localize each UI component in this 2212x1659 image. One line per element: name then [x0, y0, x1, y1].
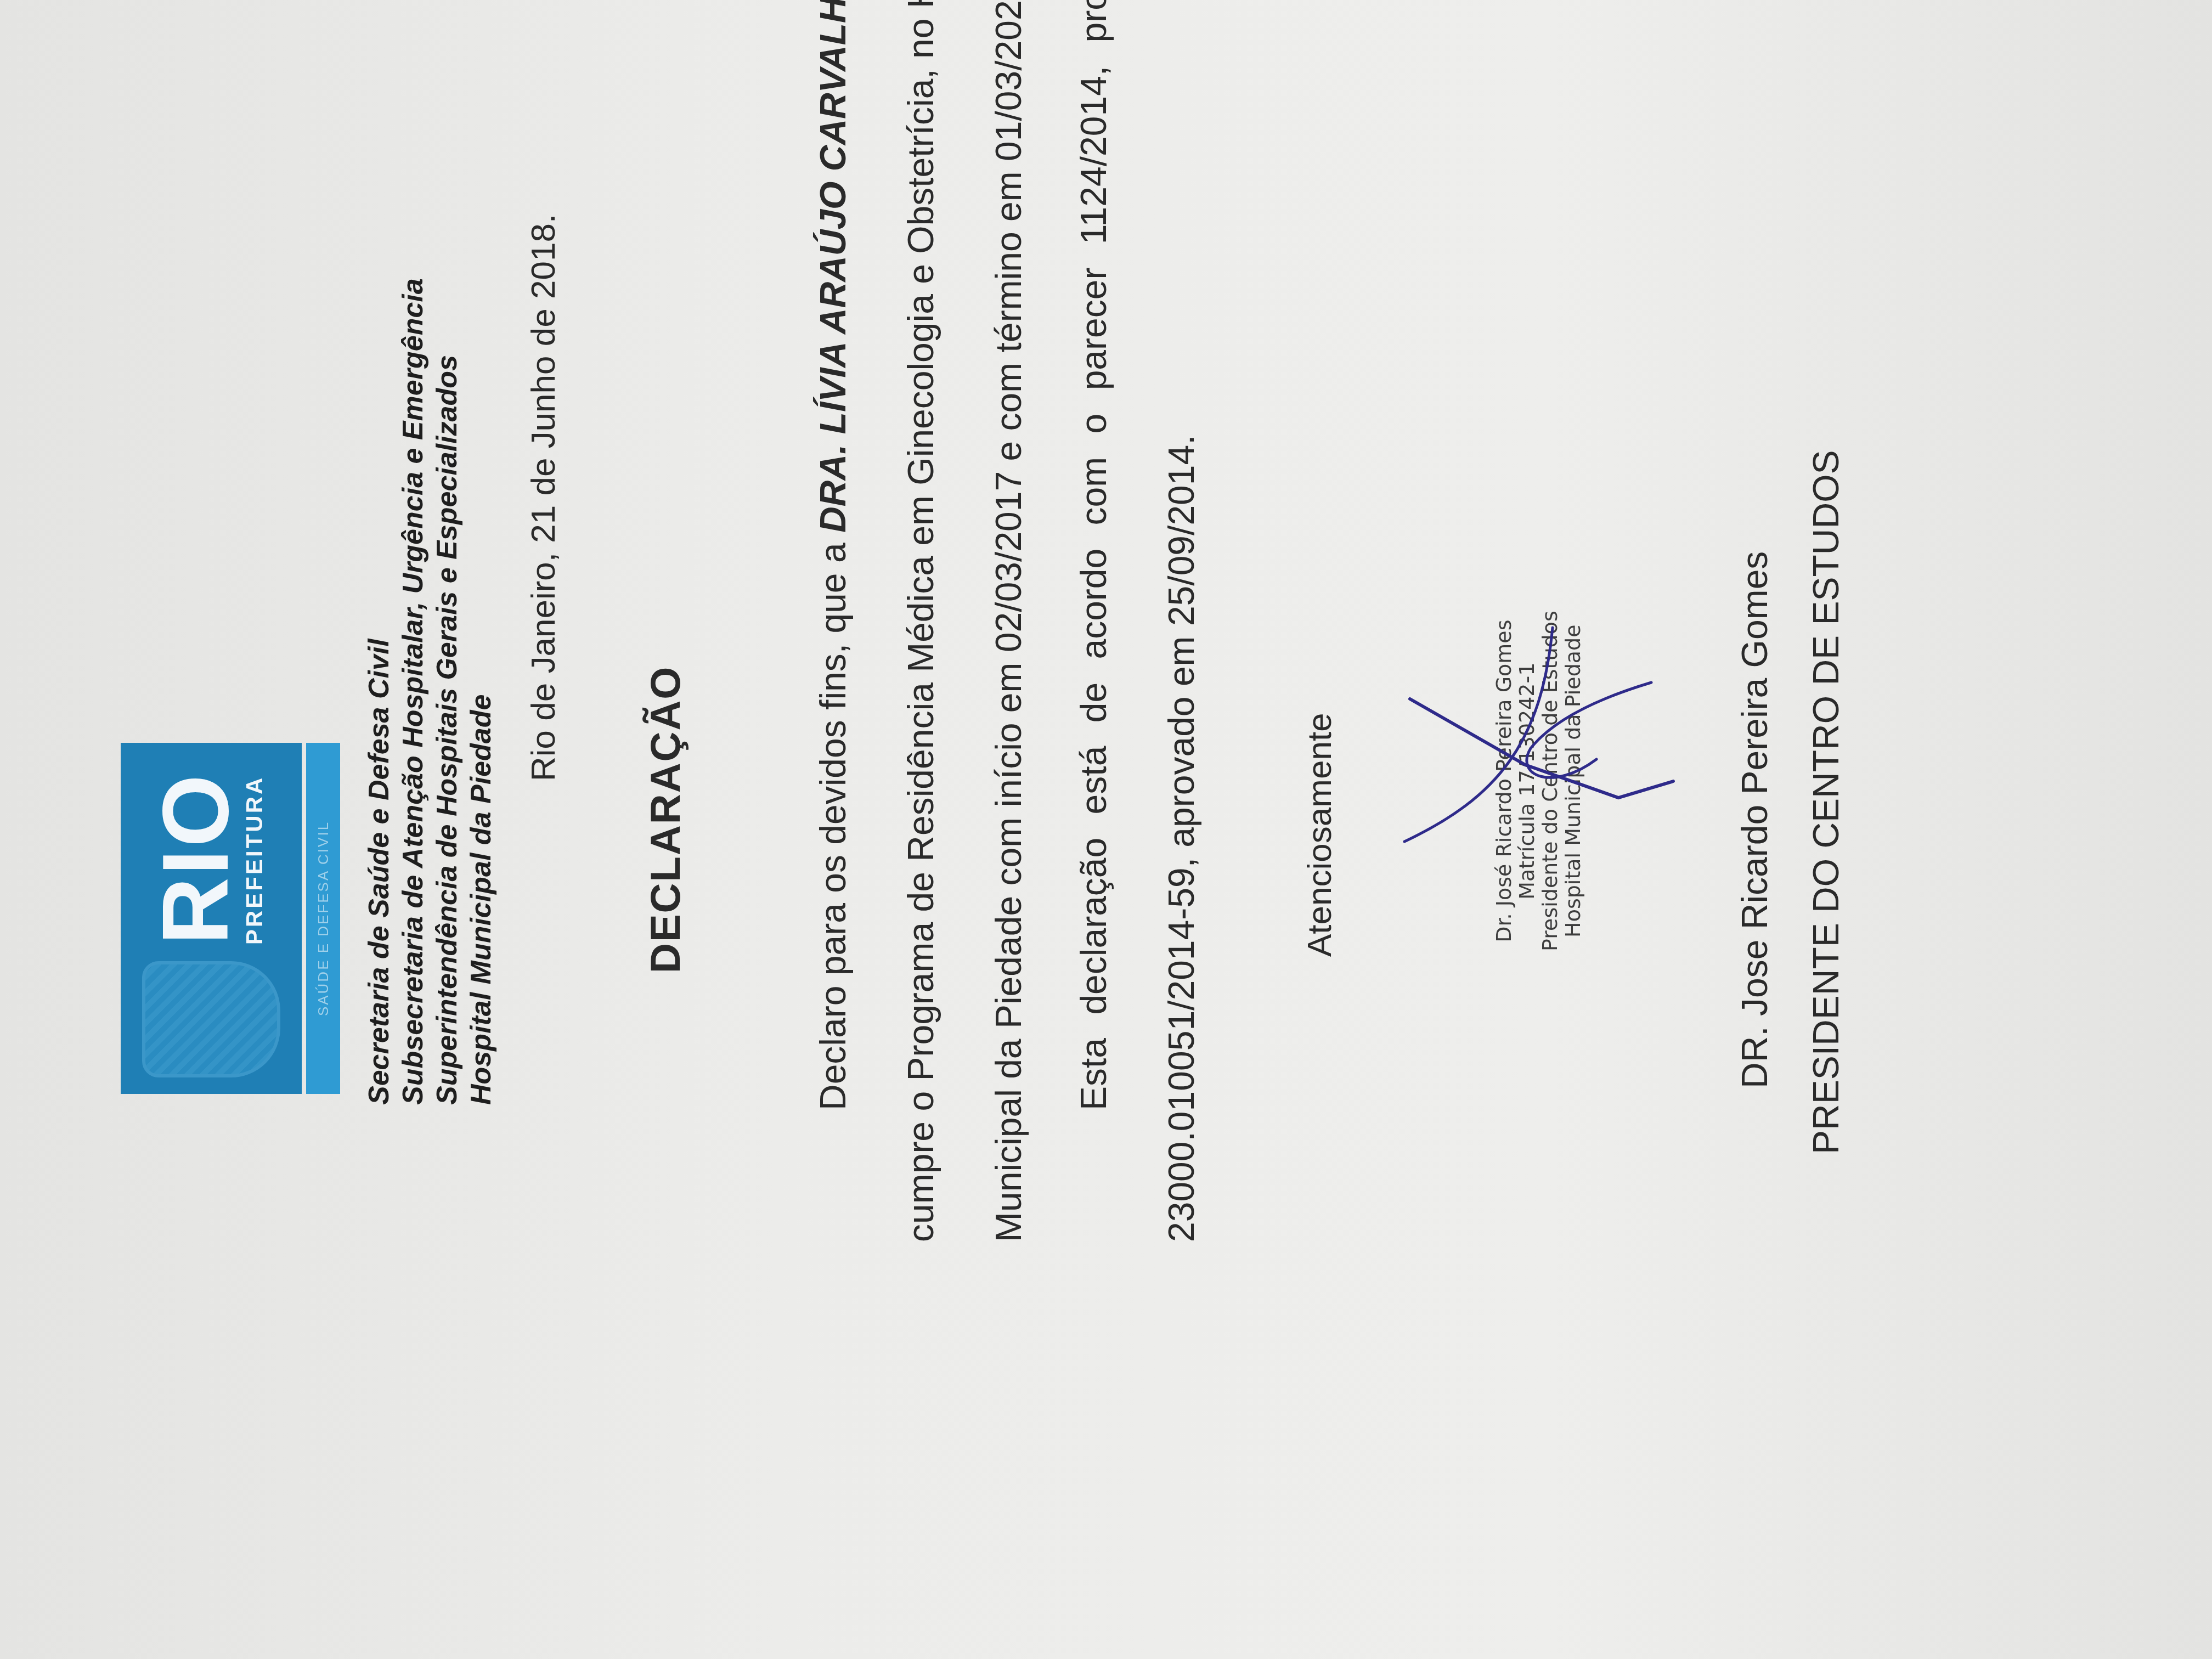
body-text: Declaro para os devidos fins, que a [812, 533, 853, 1110]
resident-name: DRA. LÍVIA ARAÚJO CARVALHO REIS [812, 0, 853, 533]
document-title: DECLARAÇÃO [642, 666, 690, 973]
document-page: RIO PREFEITURA SAÚDE E DEFESA CIVIL Secr… [0, 0, 2212, 1659]
letterhead-line: Subsecretaria de Atenção Hospitalar, Urg… [396, 278, 430, 1105]
city-crest-icon [142, 961, 280, 1077]
paragraph-1-line-3: Municipal da Piedade com início em 02/03… [988, 0, 1029, 1242]
letterhead-line: Secretaria de Saúde e Defesa Civil [362, 278, 396, 1105]
letterhead-line: Hospital Municipal da Piedade [464, 278, 498, 1105]
letterhead: Secretaria de Saúde e Defesa Civil Subse… [362, 278, 498, 1105]
logo-main-block: RIO PREFEITURA [121, 743, 302, 1094]
logo-band: SAÚDE E DEFESA CIVIL [306, 743, 340, 1094]
logo-text: RIO PREFEITURA [155, 772, 268, 945]
signer-role: PRESIDENTE DO CENTRO DE ESTUDOS [1805, 450, 1847, 1155]
date-line: Rio de Janeiro, 21 de Junho de 2018. [524, 214, 563, 781]
paragraph-2-line-1: Esta declaração está de acordo com o par… [1073, 0, 1114, 1110]
paragraph-1-line-2: cumpre o Programa de Residência Médica e… [900, 0, 941, 1242]
handwritten-signature [1388, 611, 1695, 864]
logo-subtitle: PREFEITURA [241, 772, 268, 945]
letterhead-line: Superintendência de Hospitais Gerais e E… [430, 278, 464, 1105]
signer-name: DR. Jose Ricardo Pereira Gomes [1734, 551, 1775, 1088]
closing: Atenciosamente [1300, 713, 1339, 957]
logo-title: RIO [155, 772, 237, 945]
rio-prefeitura-logo: RIO PREFEITURA SAÚDE E DEFESA CIVIL [121, 743, 340, 1094]
paragraph-2-line-2: 23000.010051/2014-59, aprovado em 25/09/… [1160, 0, 1202, 1242]
paragraph-1-line-1: Declaro para os devidos fins, que a DRA.… [812, 0, 854, 1110]
